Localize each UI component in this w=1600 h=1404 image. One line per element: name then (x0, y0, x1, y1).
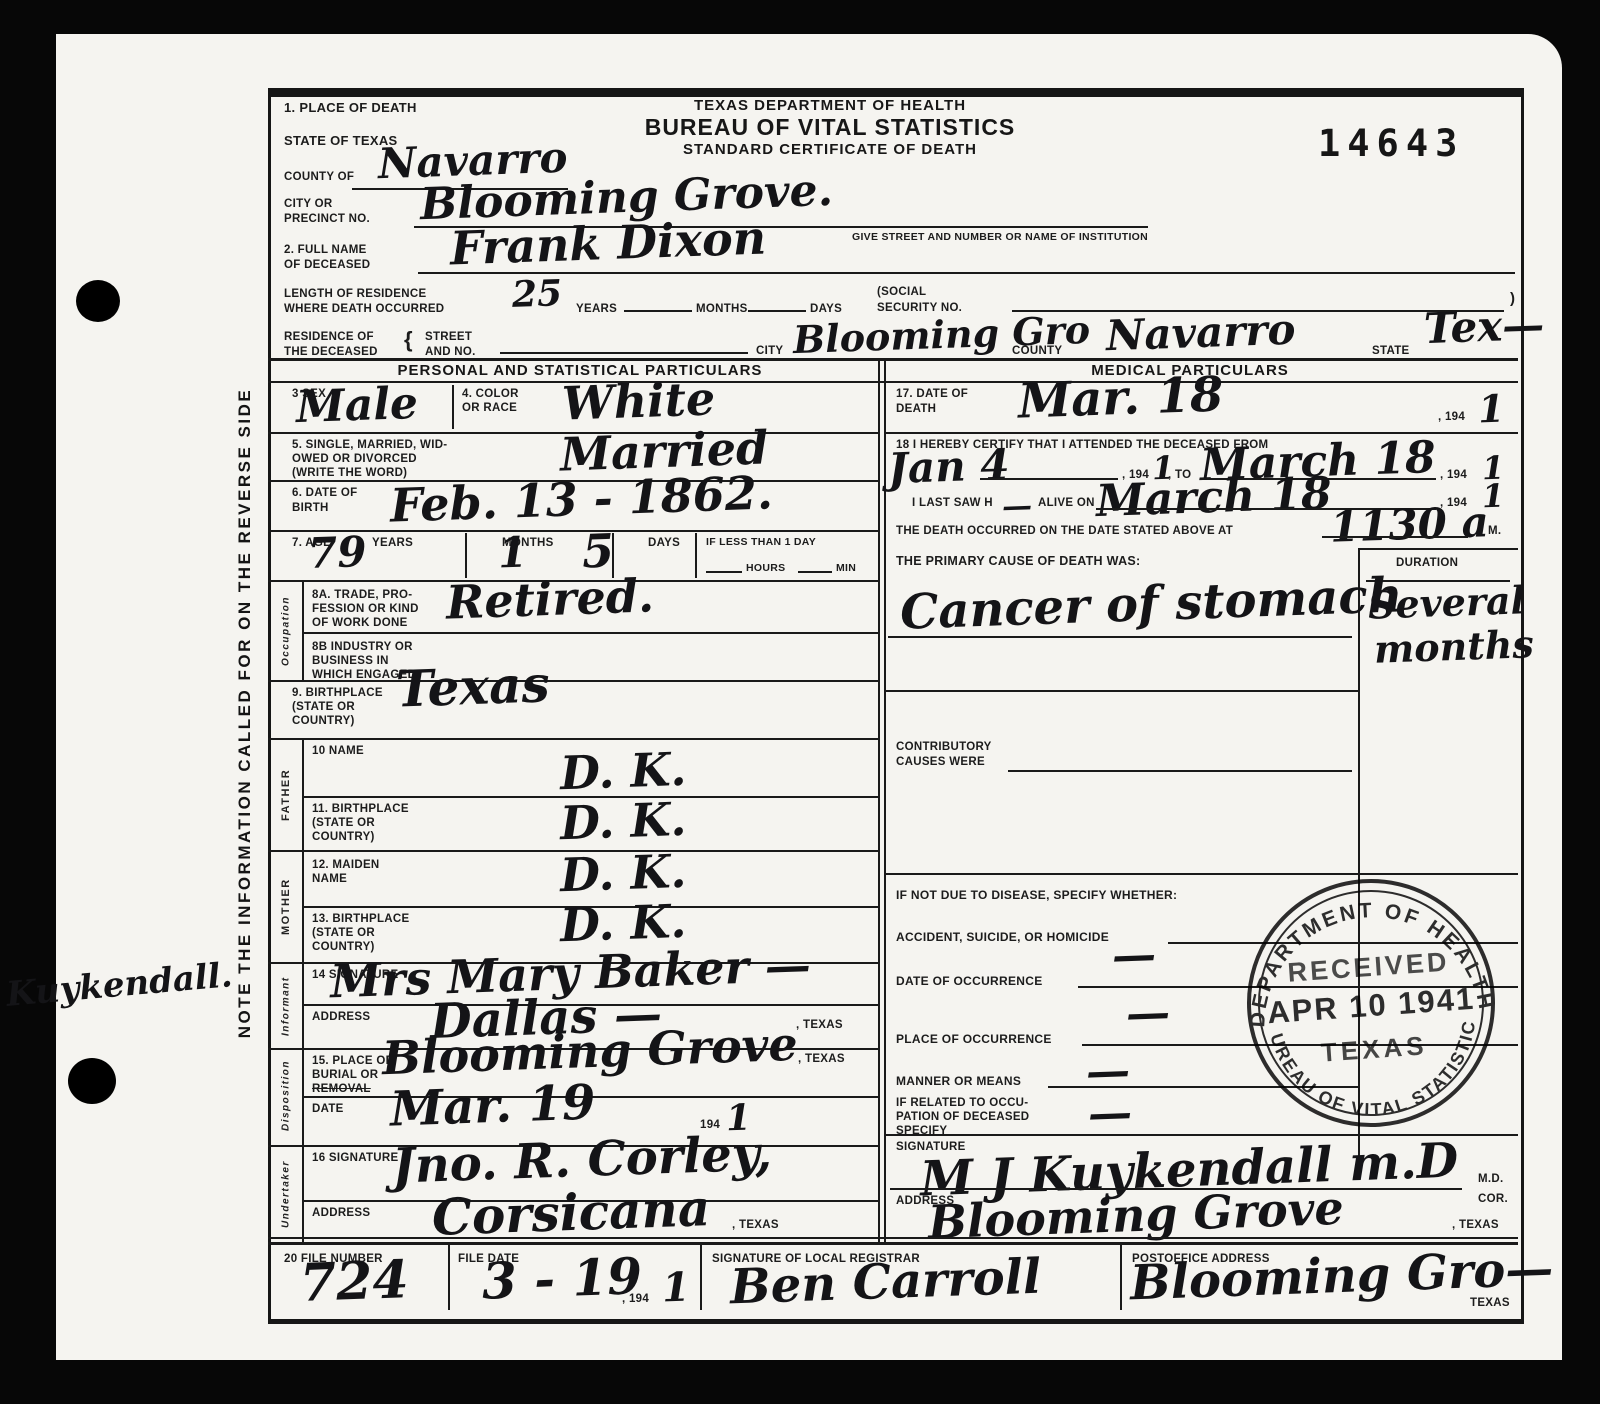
stamp-texas-text: TEXAS (1320, 1030, 1429, 1067)
marital-label-1: 5. SINGLE, MARRIED, WID- (292, 438, 447, 452)
cor-label: COR. (1478, 1192, 1508, 1206)
rule (748, 310, 806, 312)
last-saw-value: March 18 (1095, 472, 1332, 524)
to-year-printed: , 194 (1440, 468, 1467, 482)
birthplace-label-1: 9. BIRTHPLACE (292, 686, 383, 700)
rule (268, 680, 878, 682)
fullname-label-1: 2. FULL NAME (284, 243, 367, 257)
last-saw-label-2: ALIVE ON (1038, 496, 1095, 510)
father-birthplace-value: D. K. (559, 796, 687, 846)
fullname-label-2: OF DECEASED (284, 258, 370, 272)
physician-address-suffix: , TEXAS (1452, 1218, 1499, 1232)
mother-side-label: MOTHER (270, 852, 302, 962)
occurrence-place-label: PLACE OF OCCURRENCE (896, 1032, 1052, 1047)
scanned-death-certificate: NOTE THE INFORMATION CALLED FOR ON THE R… (0, 0, 1600, 1404)
rule (1358, 548, 1518, 550)
trade-label-2: FESSION OR KIND (312, 602, 419, 616)
rule (884, 690, 1358, 692)
industry-label-1: 8B INDUSTRY OR (312, 640, 413, 654)
md-label: M.D. (1478, 1172, 1503, 1186)
informant-address-suffix: , TEXAS (796, 1018, 843, 1032)
rule (500, 352, 748, 354)
rule (624, 310, 692, 312)
father-birthplace-label-1: 11. BIRTHPLACE (312, 802, 409, 816)
rule (695, 533, 697, 578)
header-line1: TEXAS DEPARTMENT OF HEALTH (600, 97, 1060, 114)
date-of-death-value: Mar. 18 (1017, 370, 1224, 425)
father-birthplace-label-3: COUNTRY) (312, 830, 375, 844)
age-years-value: 79 (307, 531, 367, 575)
stamp-received-text: RECEIVED (1287, 946, 1451, 987)
undertaker-address-label: ADDRESS (312, 1206, 370, 1220)
received-stamp: DEPARTMENT OF HEALTH BUREAU OF VITAL STA… (1231, 865, 1510, 1141)
birthdate-label-2: BIRTH (292, 501, 329, 515)
dod-year-printed: , 194 (1438, 410, 1465, 424)
header-line2: BUREAU OF VITAL STATISTICS (560, 114, 1100, 141)
street-no-label-1: STREET (425, 330, 472, 344)
header-line3: STANDARD CERTIFICATE OF DEATH (600, 141, 1060, 158)
father-name-label: 10 NAME (312, 744, 364, 758)
color-value: White (561, 375, 716, 426)
duration-label: DURATION (1396, 556, 1458, 570)
certificate-number: 14643 (1318, 122, 1464, 165)
rule (448, 1245, 450, 1310)
street-hint: GIVE STREET AND NUMBER OR NAME OF INSTIT… (852, 231, 1148, 244)
file-year-handwritten: 1 (661, 1268, 690, 1309)
rule (465, 533, 467, 578)
res-county-label: COUNTY (1012, 344, 1062, 358)
date-of-death-label-1: 17. DATE OF (896, 387, 968, 401)
rule (268, 381, 1518, 383)
months-label: MONTHS (696, 302, 748, 316)
file-year-printed: , 194 (622, 1292, 649, 1306)
rule (1322, 536, 1468, 538)
rule (302, 580, 304, 680)
burial-label-3: REMOVAL (312, 1082, 371, 1096)
informant-side-label: Informant (270, 964, 302, 1048)
undertaker-address-value: Corsicana (431, 1183, 711, 1243)
sex-value: Male (295, 382, 418, 430)
brace: { (404, 326, 413, 354)
trade-label-1: 8A. TRADE, PRO- (312, 588, 412, 602)
mother-maiden-label-2: NAME (312, 872, 347, 886)
city-label-1: CITY OR (284, 197, 333, 211)
age-days-label: DAYS (648, 536, 680, 550)
occurrence-date-label: DATE OF OCCURRENCE (896, 974, 1043, 989)
registrar-signature-value: Ben Carroll (729, 1253, 1042, 1312)
father-side-label: FATHER (270, 740, 302, 850)
age-less-than-day-label: IF LESS THAN 1 DAY (706, 536, 816, 549)
file-number-value: 724 (299, 1254, 409, 1310)
stamp-date-text: APR 10 1941 (1266, 981, 1476, 1030)
place-of-death-label: 1. PLACE OF DEATH (284, 100, 417, 116)
contributory-label-1: CONTRIBUTORY (896, 740, 992, 754)
margin-note: NOTE THE INFORMATION CALLED FOR ON THE R… (235, 331, 261, 1095)
postoffice-suffix: TEXAS (1470, 1296, 1510, 1310)
occupation-side-label: Occupation (270, 582, 302, 680)
death-time-label: THE DEATH OCCURRED ON THE DATE STATED AB… (896, 524, 1233, 538)
burial-date-value: Mar. 19 (389, 1078, 596, 1133)
mother-birthplace-value: D. K. (559, 898, 687, 948)
mother-maiden-label-1: 12. MAIDEN (312, 858, 380, 872)
informant-address-label: ADDRESS (312, 1010, 370, 1024)
res-city-label: CITY (756, 344, 783, 358)
birthdate-value: Feb. 13 - 1862. (389, 469, 773, 528)
county-label: COUNTY OF (284, 170, 354, 184)
accident-label: ACCIDENT, SUICIDE, OR HOMICIDE (896, 930, 1109, 945)
rule (706, 571, 742, 573)
color-label-2: OR RACE (462, 401, 517, 415)
duration-value-2: months (1373, 625, 1534, 669)
undertaker-side-label: Undertaker (270, 1147, 302, 1241)
birthplace-label-3: COUNTRY) (292, 714, 355, 728)
column-divider (884, 358, 886, 1243)
punch-hole-top (76, 280, 120, 322)
dod-year-handwritten: 1 (1477, 390, 1505, 429)
mother-birthplace-label-2: (STATE OR (312, 926, 375, 940)
undertaker-signature-label: 16 SIGNATURE (312, 1151, 398, 1165)
birthplace-value: Texas (395, 659, 550, 714)
residence-length-label-2: WHERE DEATH OCCURRED (284, 302, 444, 316)
father-name-value: D. K. (559, 746, 687, 796)
file-date-value: 3 - 19 (481, 1251, 643, 1307)
residence-of-label-1: RESIDENCE OF (284, 330, 374, 344)
occurrence-place-dash: — (1125, 991, 1171, 1037)
rule (888, 636, 1352, 638)
death-time-suffix: M. (1488, 524, 1501, 538)
rule (268, 1242, 1518, 1245)
years-label: YEARS (576, 302, 617, 316)
marital-label-2: OWED OR DIVORCED (292, 452, 417, 466)
death-time-value: 1130 a (1329, 501, 1489, 549)
color-label-1: 4. COLOR (462, 387, 519, 401)
rule (268, 738, 878, 740)
rule (418, 272, 1515, 274)
related-dash: — (1087, 1091, 1133, 1137)
rule (302, 1145, 304, 1243)
trade-value: Retired. (445, 572, 654, 625)
fullname-value: Frank Dixon (449, 214, 767, 271)
burial-place-suffix: , TEXAS (798, 1052, 845, 1066)
age-min-label: MIN (836, 562, 856, 575)
residence-years-value: 25 (511, 275, 562, 313)
rule (700, 1245, 702, 1310)
burial-date-label: DATE (312, 1102, 344, 1116)
mother-birthplace-label-1: 13. BIRTHPLACE (312, 912, 410, 926)
age-hours-label: HOURS (746, 562, 785, 575)
related-label-2: PATION OF DECEASED (896, 1110, 1029, 1124)
burial-label-2: BURIAL OR (312, 1068, 378, 1082)
attended-from-value: Jan 4 (887, 444, 1010, 490)
rule (268, 358, 1518, 361)
birthplace-label-2: (STATE OR (292, 700, 355, 714)
age-days-value: 5 (581, 527, 615, 574)
age-years-label: YEARS (372, 536, 413, 550)
last-saw-label-1: I LAST SAW H (912, 496, 993, 510)
related-label-1: IF RELATED TO OCCU- (896, 1096, 1028, 1110)
manner-label: MANNER OR MEANS (896, 1074, 1021, 1089)
mother-maiden-value: D. K. (559, 848, 687, 898)
rule (268, 1237, 1518, 1239)
city-label-2: PRECINCT NO. (284, 212, 370, 226)
column-divider (878, 358, 880, 1243)
industry-label-2: BUSINESS IN (312, 654, 389, 668)
primary-cause-label: THE PRIMARY CAUSE OF DEATH WAS: (896, 554, 1141, 570)
date-of-death-label-2: DEATH (896, 402, 936, 416)
undertaker-signature-value: Jno. R. Corley, (391, 1129, 772, 1190)
rule (798, 571, 832, 573)
birthdate-label-1: 6. DATE OF (292, 486, 357, 500)
age-months-value: 1 (497, 532, 528, 575)
rule (452, 385, 454, 429)
rule (302, 738, 304, 850)
residence-length-label-1: LENGTH OF RESIDENCE (284, 287, 426, 301)
rule (1120, 1245, 1122, 1310)
father-birthplace-label-2: (STATE OR (312, 816, 375, 830)
rule (304, 632, 878, 634)
burial-label-1: 15. PLACE OF (312, 1054, 393, 1068)
related-label-3: SPECIFY (896, 1124, 947, 1138)
res-state-value: Tex— (1423, 304, 1545, 350)
punch-hole-bottom (68, 1058, 116, 1104)
duration-value-1: Several (1367, 581, 1525, 624)
not-disease-label: IF NOT DUE TO DISEASE, SPECIFY WHETHER: (896, 888, 1177, 903)
days-label: DAYS (810, 302, 842, 316)
undertaker-address-suffix: , TEXAS (732, 1218, 779, 1232)
res-state-label: STATE (1372, 344, 1410, 358)
occurrence-date-dash: — (1111, 933, 1157, 979)
burial-place-value: Blooming Grove (381, 1021, 798, 1081)
res-county-value: Navarro (1105, 309, 1296, 358)
last-saw-dash: — (1001, 491, 1032, 522)
disposition-side-label: Disposition (270, 1050, 302, 1142)
ssn-label-1: (SOCIAL (877, 285, 926, 299)
trade-label-3: OF WORK DONE (312, 616, 408, 630)
rule (1008, 770, 1352, 772)
contributory-label-2: CAUSES WERE (896, 755, 985, 769)
